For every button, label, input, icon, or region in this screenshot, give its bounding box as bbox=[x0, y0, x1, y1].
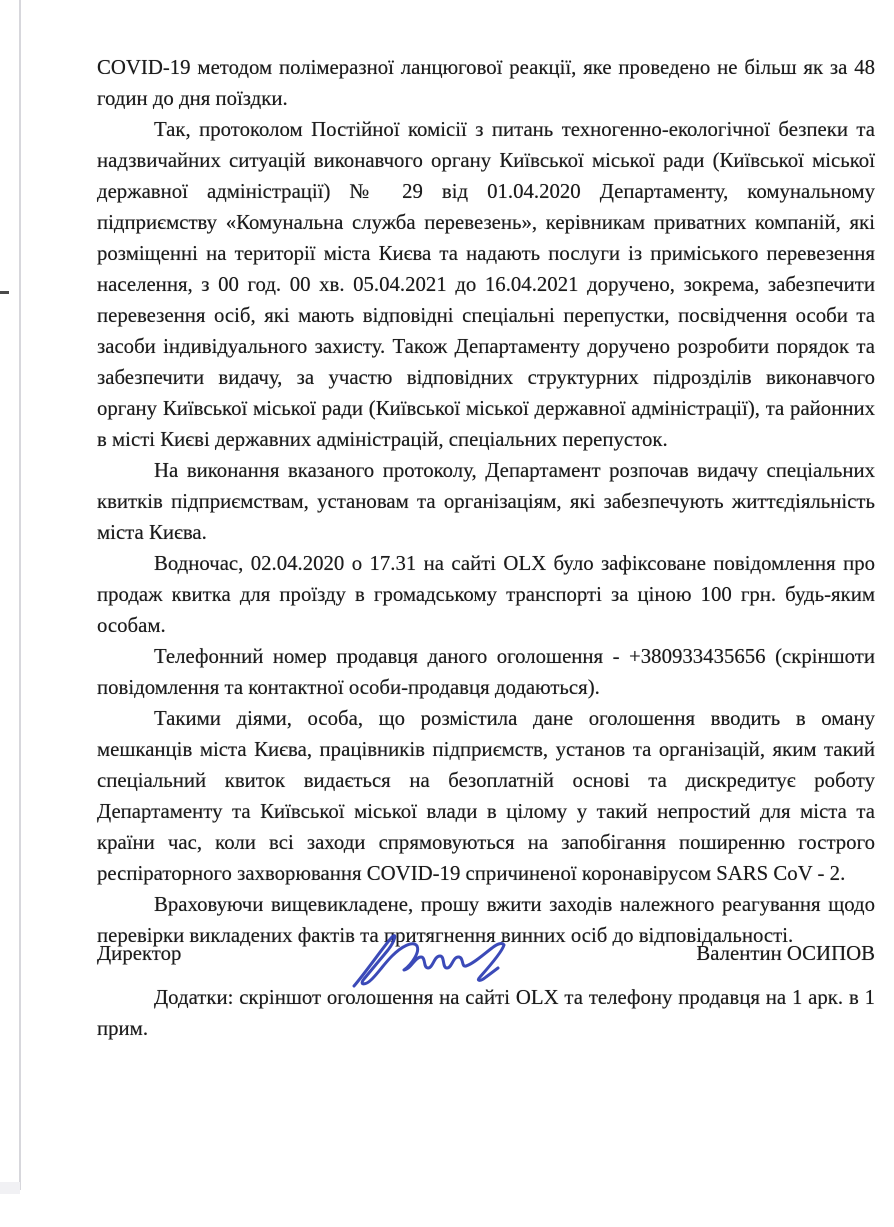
scanned-letter-page: COVID-19 методом полімеразної ланцюгової… bbox=[0, 0, 894, 1227]
signature-scribble bbox=[354, 936, 504, 986]
paragraph-misleading-actions: Такими діями, особа, що розмістила дане … bbox=[97, 703, 875, 889]
scan-edge-corner bbox=[0, 1182, 20, 1194]
paragraph-olx-listing: Водночас, 02.04.2020 о 17.31 на сайті OL… bbox=[97, 548, 875, 641]
signature-block: Директор Валентин ОСИПОВ bbox=[97, 940, 875, 1020]
paragraph-ticket-issuing: На виконання вказаного протоколу, Департ… bbox=[97, 455, 875, 548]
paragraph-protocol: Так, протоколом Постійної комісії з пита… bbox=[97, 114, 875, 455]
letter-body: COVID-19 методом полімеразної ланцюгової… bbox=[97, 52, 875, 1044]
handwritten-signature-icon bbox=[332, 924, 542, 1004]
left-margin-mark bbox=[0, 291, 9, 294]
signer-role-label: Директор bbox=[97, 942, 181, 966]
scan-edge-vertical-line bbox=[19, 0, 21, 1190]
paragraph-seller-phone: Телефонний номер продавця даного оголоше… bbox=[97, 641, 875, 703]
signer-name: Валентин ОСИПОВ bbox=[696, 942, 875, 966]
paragraph-continuation: COVID-19 методом полімеразної ланцюгової… bbox=[97, 52, 875, 114]
